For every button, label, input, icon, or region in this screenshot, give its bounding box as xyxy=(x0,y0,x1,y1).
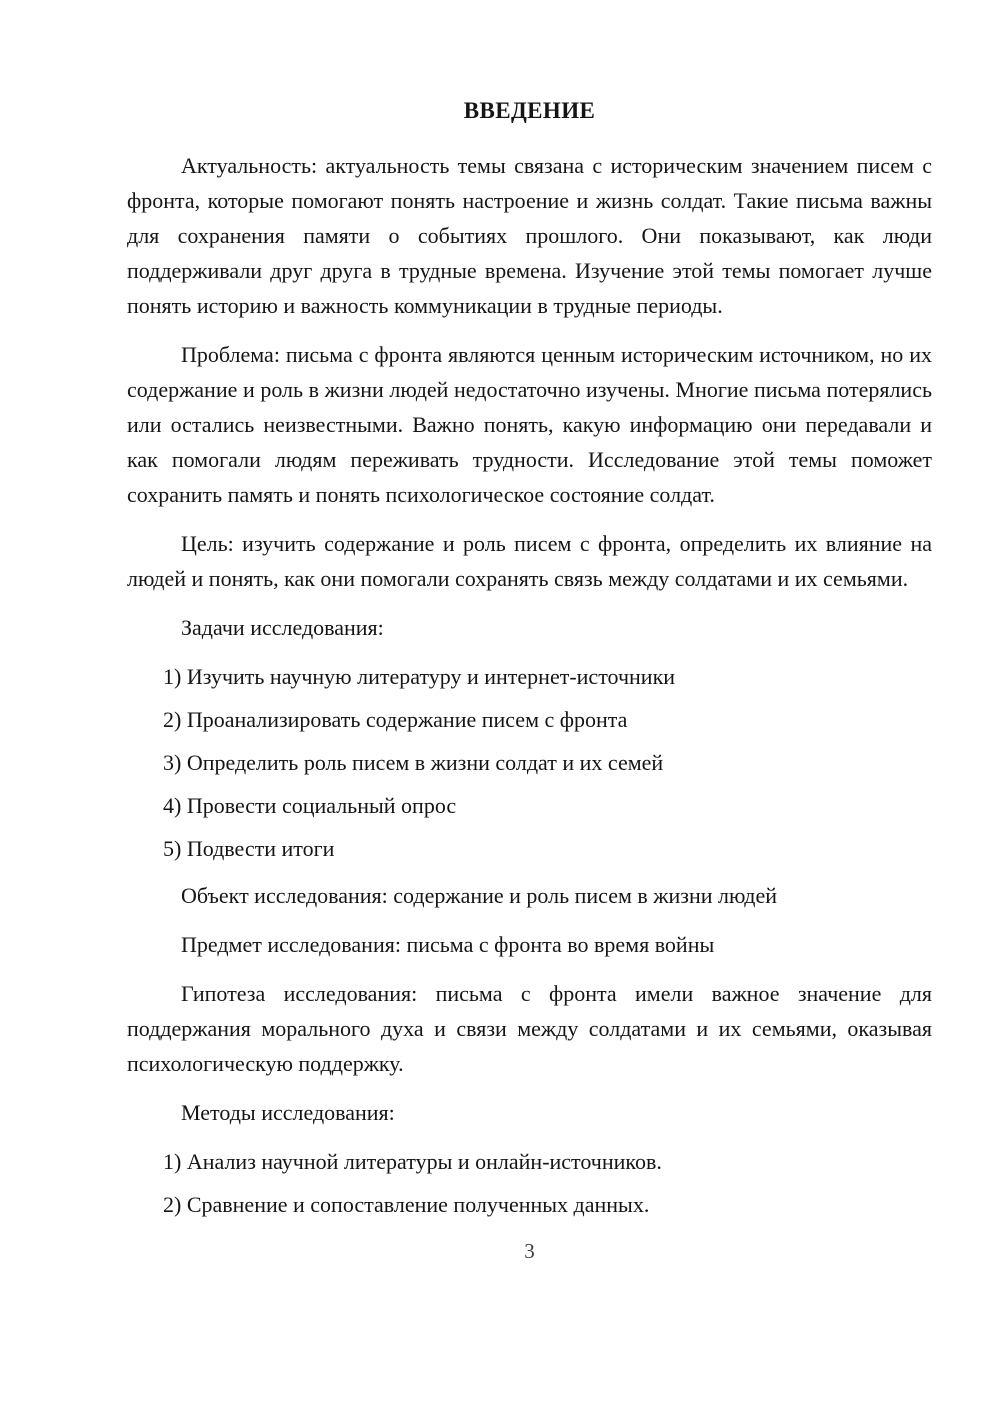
document-page: ВВЕДЕНИЕ Актуальность: актуальность темы… xyxy=(0,0,1000,1414)
method-item-2: 2) Сравнение и сопоставление полученных … xyxy=(127,1187,932,1222)
object-line: Объект исследования: содержание и роль п… xyxy=(127,878,932,913)
subject-line: Предмет исследования: письма с фронта во… xyxy=(127,927,932,962)
task-item-3: 3) Определить роль писем в жизни солдат … xyxy=(127,745,932,780)
task-item-5: 5) Подвести итоги xyxy=(127,831,932,866)
page-number: 3 xyxy=(127,1234,932,1269)
task-item-4: 4) Провести социальный опрос xyxy=(127,788,932,823)
methods-heading: Методы исследования: xyxy=(127,1095,932,1130)
method-item-1: 1) Анализ научной литературы и онлайн-ис… xyxy=(127,1144,932,1179)
task-item-2: 2) Проанализировать содержание писем с ф… xyxy=(127,702,932,737)
paragraph-problem: Проблема: письма с фронта являются ценны… xyxy=(127,337,932,512)
task-item-1: 1) Изучить научную литературу и интернет… xyxy=(127,659,932,694)
page-title: ВВЕДЕНИЕ xyxy=(127,96,932,126)
tasks-list: 1) Изучить научную литературу и интернет… xyxy=(127,659,932,866)
paragraph-goal: Цель: изучить содержание и роль писем с … xyxy=(127,526,932,596)
paragraph-relevance: Актуальность: актуальность темы связана … xyxy=(127,148,932,323)
tasks-heading: Задачи исследования: xyxy=(127,610,932,645)
methods-list: 1) Анализ научной литературы и онлайн-ис… xyxy=(127,1144,932,1222)
paragraph-hypothesis: Гипотеза исследования: письма с фронта и… xyxy=(127,976,932,1081)
